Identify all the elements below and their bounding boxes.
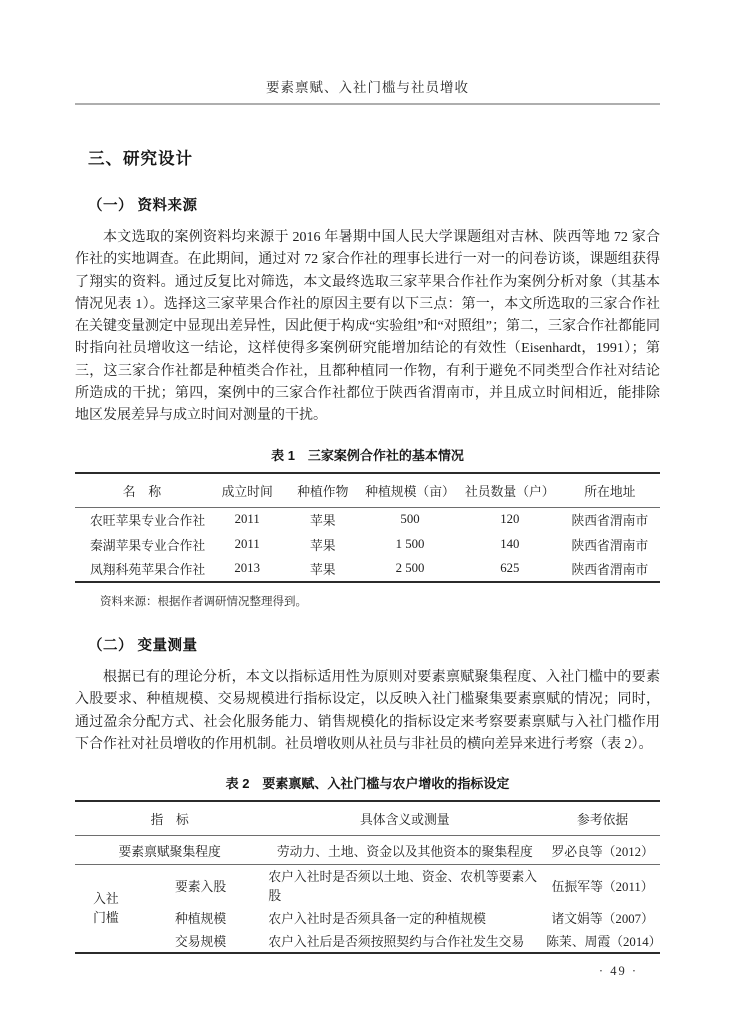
table-cell: 2013	[209, 557, 286, 583]
section-title: 三、研究设计	[88, 145, 660, 169]
table1-header-location: 所在地址	[560, 473, 660, 508]
paragraph-data-source: 本文选取的案例资料均来源于 2016 年暑期中国人民大学课题组对吉林、陕西等地 …	[75, 227, 660, 428]
running-head: 要素禀赋、入社门槛与社员增收	[75, 0, 660, 96]
table-cell: 种植规模	[137, 905, 265, 929]
table-cell: 农旺苹果专业合作社	[75, 507, 209, 532]
table-cell: 苹果	[285, 557, 360, 583]
table-cell: 罗必良等（2012）	[545, 836, 660, 865]
table-row: 种植规模 农户入社时是否须具备一定的种植规模 诸文娟等（2007）	[75, 905, 660, 929]
table2-header-row: 指 标 具体含义或测量 参考依据	[75, 801, 660, 836]
table-cell: 农户入社后是否须按照契约与合作社发生交易	[264, 929, 545, 954]
table-cell: 2 500	[360, 557, 460, 583]
table-cell: 陕西省渭南市	[560, 532, 660, 557]
table2-group-label: 入社 门槛	[75, 865, 137, 954]
table2-header-meaning: 具体含义或测量	[264, 801, 545, 836]
table-cell: 诸文娟等（2007）	[545, 905, 660, 929]
table2-header-indicator: 指 标	[75, 801, 264, 836]
table-row: 要素禀赋聚集程度 劳动力、土地、资金以及其他资本的聚集程度 罗必良等（2012）	[75, 836, 660, 865]
table-cell: 要素入股	[137, 865, 265, 906]
table-cell: 凤翔科苑苹果合作社	[75, 557, 209, 583]
table-cell: 要素禀赋聚集程度	[75, 836, 264, 865]
table1-header-name: 名 称	[75, 473, 209, 508]
table-cell: 陕西省渭南市	[560, 557, 660, 583]
table2-caption: 表 2 要素禀赋、入社门槛与农户增收的指标设定	[75, 773, 660, 792]
subsection-title-data-source: （一） 资料来源	[88, 194, 660, 215]
table1-header-founded: 成立时间	[209, 473, 286, 508]
table-cell: 120	[460, 507, 560, 532]
table-cell: 苹果	[285, 507, 360, 532]
table-cell: 陈茉、周霞（2014）	[545, 929, 660, 954]
paragraph-variable-measurement: 根据已有的理论分析，本文以指标适用性为原则对要素禀赋聚集程度、入社门槛中的要素入…	[75, 667, 660, 756]
table-cell: 2011	[209, 507, 286, 532]
paper-page: 要素禀赋、入社门槛与社员增收 三、研究设计 （一） 资料来源 本文选取的案例资料…	[0, 0, 732, 1024]
table-cell: 交易规模	[137, 929, 265, 954]
table-cell: 500	[360, 507, 460, 532]
table-cell: 1 500	[360, 532, 460, 557]
table1-basic-info: 名 称 成立时间 种植作物 种植规模（亩） 社员数量（户） 所在地址 农旺苹果专…	[75, 472, 660, 584]
table-row: 凤翔科苑苹果合作社 2013 苹果 2 500 625 陕西省渭南市	[75, 557, 660, 583]
table-row: 农旺苹果专业合作社 2011 苹果 500 120 陕西省渭南市	[75, 507, 660, 532]
table-row: 入社 门槛 要素入股 农户入社时是否须以土地、资金、农机等要素入股 伍振军等（2…	[75, 865, 660, 906]
table2-indicator-settings: 指 标 具体含义或测量 参考依据 要素禀赋聚集程度 劳动力、土地、资金以及其他资…	[75, 800, 660, 954]
table-cell: 625	[460, 557, 560, 583]
table-cell: 2011	[209, 532, 286, 557]
table-cell: 陕西省渭南市	[560, 507, 660, 532]
table-cell: 劳动力、土地、资金以及其他资本的聚集程度	[264, 836, 545, 865]
page-number: · 49 ·	[75, 964, 660, 979]
table1-header-crop: 种植作物	[285, 473, 360, 508]
table-row: 交易规模 农户入社后是否须按照契约与合作社发生交易 陈茉、周霞（2014）	[75, 929, 660, 954]
table1-source-note: 资料来源：根据作者调研情况整理得到。	[75, 593, 660, 609]
table-cell: 伍振军等（2011）	[545, 865, 660, 906]
table1-header-scale: 种植规模（亩）	[360, 473, 460, 508]
table2-header-reference: 参考依据	[545, 801, 660, 836]
table-cell: 农户入社时是否须以土地、资金、农机等要素入股	[264, 865, 545, 906]
subsection-title-variable-measurement: （二） 变量测量	[88, 634, 660, 655]
table1-caption: 表 1 三家案例合作社的基本情况	[75, 445, 660, 464]
table-row: 秦湖苹果专业合作社 2011 苹果 1 500 140 陕西省渭南市	[75, 532, 660, 557]
table1-header-members: 社员数量（户）	[460, 473, 560, 508]
table1-header-row: 名 称 成立时间 种植作物 种植规模（亩） 社员数量（户） 所在地址	[75, 473, 660, 508]
table-cell: 苹果	[285, 532, 360, 557]
table-cell: 农户入社时是否须具备一定的种植规模	[264, 905, 545, 929]
table-cell: 秦湖苹果专业合作社	[75, 532, 209, 557]
table-cell: 140	[460, 532, 560, 557]
header-rule	[75, 103, 660, 105]
